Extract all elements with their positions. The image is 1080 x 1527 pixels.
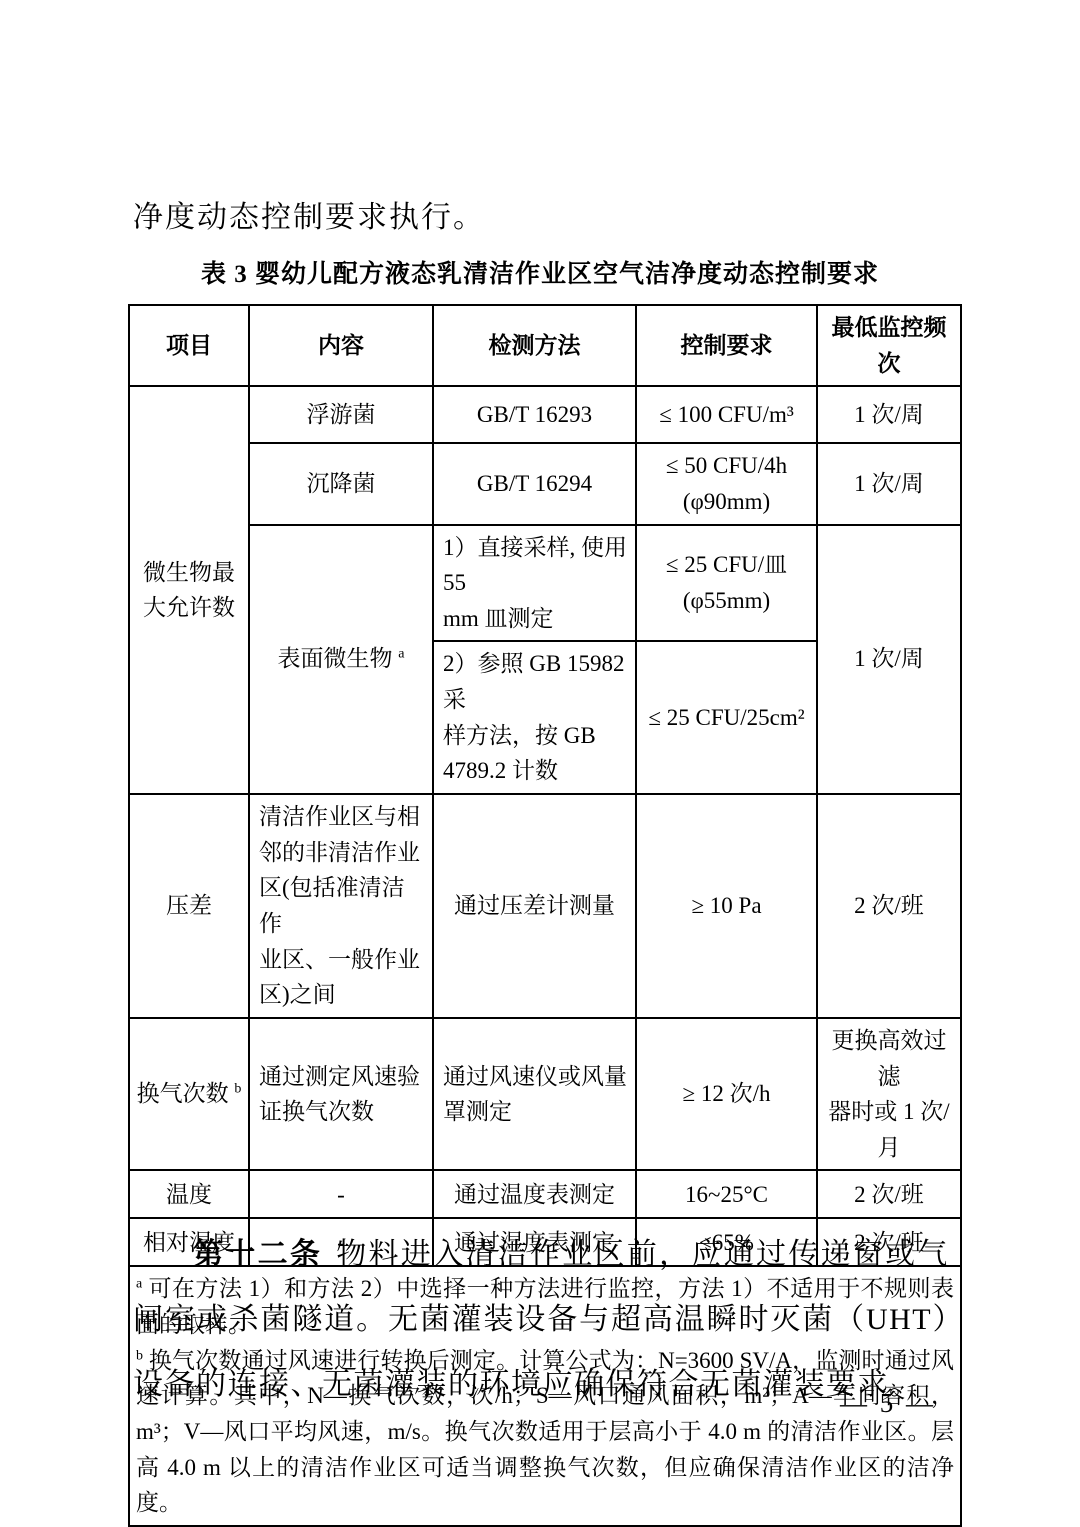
table-row: 微生物最大允许数浮游菌GB/T 16293≤ 100 CFU/m³1 次/周 bbox=[129, 386, 961, 443]
table-row: 压差清洁作业区与相 邻的非清洁作业 区(包括准清洁作 业区、一般作业 区)之间通… bbox=[129, 794, 961, 1018]
table-cell: ≥ 12 次/h bbox=[636, 1018, 817, 1171]
table-cell: 浮游菌 bbox=[249, 386, 433, 443]
table-header-cell: 内容 bbox=[249, 305, 433, 386]
table-cell: 更换高效过滤 器时或 1 次/月 bbox=[817, 1018, 961, 1171]
table-cell: 2 次/班 bbox=[817, 1170, 961, 1218]
table-cell: 通过压差计测量 bbox=[433, 794, 636, 1018]
table-row: 沉降菌GB/T 16294≤ 50 CFU/4h (φ90mm)1 次/周 bbox=[129, 443, 961, 524]
table-header-cell: 最低监控频次 bbox=[817, 305, 961, 386]
table-cell: 通过温度表测定 bbox=[433, 1170, 636, 1218]
table-cell: 通过测定风速验 证换气次数 bbox=[249, 1018, 433, 1171]
document-page: 净度动态控制要求执行。 表 3 婴幼儿配方液态乳清洁作业区空气洁净度动态控制要求… bbox=[0, 0, 1080, 1527]
article-term: 第十二条 bbox=[193, 1238, 322, 1271]
table-cell: 1 次/周 bbox=[817, 525, 961, 794]
table-row: 温度-通过温度表测定16~25°C2 次/班 bbox=[129, 1170, 961, 1218]
table-cell: 微生物最大允许数 bbox=[129, 386, 249, 794]
table-cell: 沉降菌 bbox=[249, 443, 433, 524]
table-title: 表 3 婴幼儿配方液态乳清洁作业区空气洁净度动态控制要求 bbox=[0, 254, 1080, 290]
table-cell: ≤ 25 CFU/25cm² bbox=[636, 641, 817, 794]
table-cell: 通过风速仪或风量 罩测定 bbox=[433, 1018, 636, 1171]
table-cell: GB/T 16293 bbox=[433, 386, 636, 443]
table-row: 换气次数 b通过测定风速验 证换气次数通过风速仪或风量 罩测定≥ 12 次/h更… bbox=[129, 1018, 961, 1171]
intro-text: 净度动态控制要求执行。 bbox=[133, 192, 953, 236]
table-cell: ≤ 100 CFU/m³ bbox=[636, 386, 817, 443]
table-cell: 表面微生物 a bbox=[249, 525, 433, 794]
table-header-row: 项目内容检测方法控制要求最低监控频次 bbox=[129, 305, 961, 386]
table-cell: GB/T 16294 bbox=[433, 443, 636, 524]
table-cell: 2 次/班 bbox=[817, 794, 961, 1018]
table-cell: 清洁作业区与相 邻的非清洁作业 区(包括准清洁作 业区、一般作业 区)之间 bbox=[249, 794, 433, 1018]
superscript-marker: a bbox=[398, 647, 404, 662]
table-cell: 压差 bbox=[129, 794, 249, 1018]
table-cell: ≤ 50 CFU/4h (φ90mm) bbox=[636, 443, 817, 524]
table-cell: - bbox=[249, 1170, 433, 1218]
table-header-cell: 项目 bbox=[129, 305, 249, 386]
table-cell: 2）参照 GB 15982 采 样方法，按 GB 4789.2 计数 bbox=[433, 641, 636, 794]
table-cell: 温度 bbox=[129, 1170, 249, 1218]
table-cell: 1 次/周 bbox=[817, 386, 961, 443]
table-row: 表面微生物 a1）直接采样, 使用 55 mm 皿测定≤ 25 CFU/皿 (φ… bbox=[129, 525, 961, 642]
table-header-cell: 检测方法 bbox=[433, 305, 636, 386]
article-12-paragraph: 第十二条物料进入清洁作业区前，应通过传递窗或气闸室或杀菌隧道。无菌灌装设备与超高… bbox=[133, 1222, 949, 1417]
table-cell: ≤ 25 CFU/皿 (φ55mm) bbox=[636, 525, 817, 642]
table-cell: 换气次数 b bbox=[129, 1018, 249, 1171]
table-head: 项目内容检测方法控制要求最低监控频次 bbox=[129, 305, 961, 386]
table-cell: 16~25°C bbox=[636, 1170, 817, 1218]
table-cell: 1）直接采样, 使用 55 mm 皿测定 bbox=[433, 525, 636, 642]
table-cell: 1 次/周 bbox=[817, 443, 961, 524]
page-number: — 5 — bbox=[828, 1388, 948, 1419]
superscript-marker: b bbox=[234, 1082, 241, 1097]
table-header-cell: 控制要求 bbox=[636, 305, 817, 386]
table-cell: ≥ 10 Pa bbox=[636, 794, 817, 1018]
